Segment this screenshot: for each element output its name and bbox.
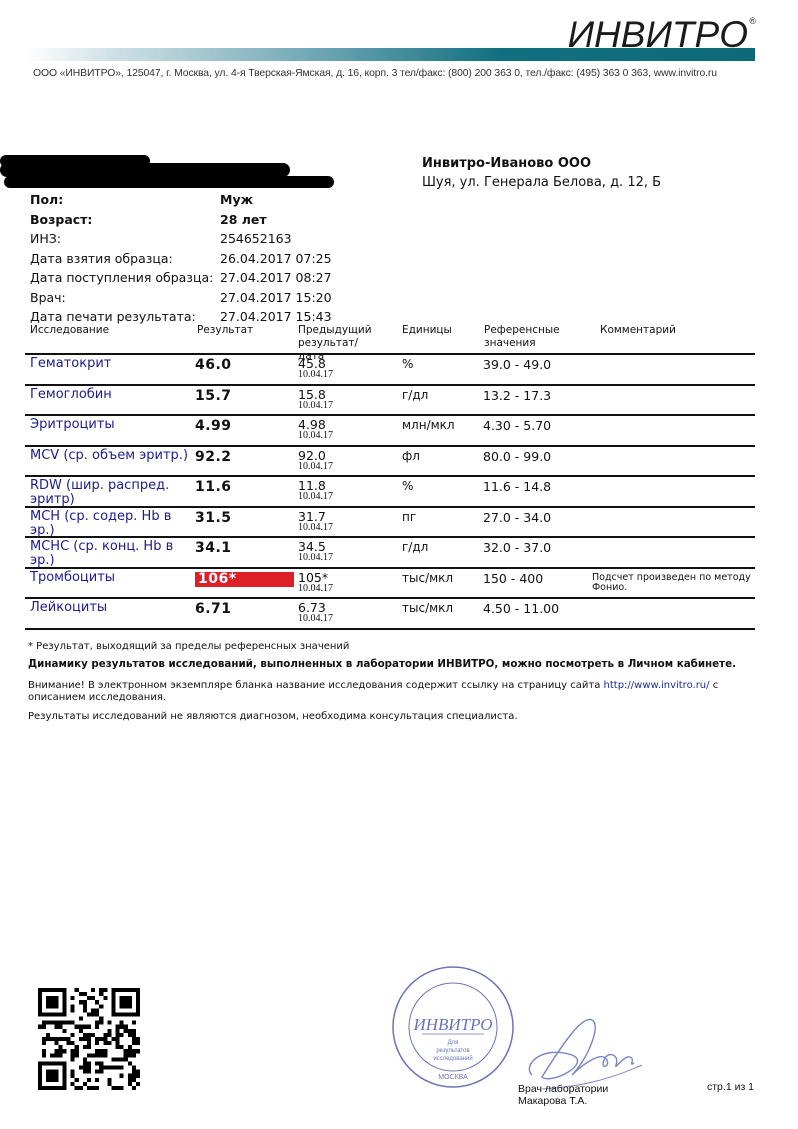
doctor-signature	[512, 1005, 652, 1095]
reference-range: 32.0 - 37.0	[483, 540, 551, 555]
previous-result: 92.010.04.17	[298, 449, 333, 472]
test-name-link[interactable]: RDW (шир. распред. эритр)	[30, 479, 190, 507]
test-result: 6.71	[195, 601, 291, 617]
table-row: MCH (ср. содер. Hb в эр.)31.531.710.04.1…	[25, 506, 755, 537]
out-of-range-note: * Результат, выходящий за пределы рефере…	[28, 641, 349, 652]
patient-field-value: 28 лет	[220, 212, 267, 227]
lab-stamp: ИНВИТРО Для результатов исследований МОС…	[390, 964, 516, 1090]
previous-date: 10.04.17	[298, 614, 333, 624]
previous-date: 10.04.17	[298, 523, 333, 533]
results-table: Гематокрит46.045.810.04.17%39.0 - 49.0Ге…	[25, 353, 755, 630]
test-units: млн/мкл	[402, 418, 455, 432]
svg-text:МОСКВА: МОСКВА	[438, 1074, 468, 1081]
reference-range: 80.0 - 99.0	[483, 449, 551, 464]
table-row: Тромбоциты106*105*10.04.17тыс/мкл150 - 4…	[25, 567, 755, 598]
page-number: стр.1 из 1	[707, 1081, 754, 1093]
previous-date: 10.04.17	[298, 584, 333, 594]
patient-field-label: Возраст:	[30, 212, 92, 227]
svg-text:результатов: результатов	[436, 1048, 469, 1054]
test-result: 92.2	[195, 449, 291, 465]
test-name-link[interactable]: MCHC (ср. конц. Hb в эр.)	[30, 540, 190, 568]
lab-address: Шуя, ул. Генерала Белова, д. 12, Б	[422, 175, 661, 190]
reference-range: 27.0 - 34.0	[483, 510, 551, 525]
qr-code	[38, 988, 140, 1090]
patient-field-value: 27.04.2017 08:27	[220, 270, 332, 285]
patient-field-value: 26.04.2017 07:25	[220, 251, 332, 266]
attention-note: Внимание! В электронном экземпляре бланк…	[28, 680, 748, 704]
svg-text:исследований: исследований	[433, 1055, 472, 1062]
previous-date: 10.04.17	[298, 462, 333, 472]
test-units: г/дл	[402, 540, 428, 554]
previous-result: 11.810.04.17	[298, 479, 333, 502]
table-row: Лейкоциты6.716.7310.04.17тыс/мкл4.50 - 1…	[25, 597, 755, 630]
test-result: 15.7	[195, 388, 291, 404]
previous-result: 105*10.04.17	[298, 571, 333, 594]
previous-value: 92.0	[298, 449, 333, 462]
col-result: Результат	[197, 324, 253, 337]
invitro-link[interactable]: http://www.invitro.ru/	[604, 680, 710, 691]
previous-result: 4.9810.04.17	[298, 418, 333, 441]
reference-range: 13.2 - 17.3	[483, 388, 551, 403]
dynamics-note: Динамику результатов исследований, выпол…	[28, 658, 736, 670]
previous-date: 10.04.17	[298, 553, 333, 563]
table-row: Гематокрит46.045.810.04.17%39.0 - 49.0	[25, 353, 755, 384]
lab-name: Инвитро-Иваново ООО	[422, 156, 591, 171]
reference-range: 39.0 - 49.0	[483, 357, 551, 372]
previous-result: 6.7310.04.17	[298, 601, 333, 624]
test-result: 34.1	[195, 540, 291, 556]
test-name-link[interactable]: MCV (ср. объем эритр.)	[30, 449, 190, 463]
test-result: 31.5	[195, 510, 291, 526]
reference-range: 4.30 - 5.70	[483, 418, 551, 433]
table-row: MCV (ср. объем эритр.)92.292.010.04.17фл…	[25, 445, 755, 476]
test-name-link[interactable]: Тромбоциты	[30, 571, 190, 585]
doctor-title: Врач лаборатории	[518, 1083, 608, 1095]
previous-value: 31.7	[298, 510, 333, 523]
patient-field-value: 254652163	[220, 231, 292, 246]
reference-range: 150 - 400	[483, 571, 543, 586]
previous-value: 105*	[298, 571, 333, 584]
col-comment: Комментарий	[600, 324, 676, 337]
patient-field-value: 27.04.2017 15:43	[220, 309, 332, 324]
previous-result: 34.510.04.17	[298, 540, 333, 563]
test-units: г/дл	[402, 388, 428, 402]
test-name-link[interactable]: Гематокрит	[30, 357, 190, 371]
previous-date: 10.04.17	[298, 431, 333, 441]
test-result: 11.6	[195, 479, 291, 495]
previous-result: 31.710.04.17	[298, 510, 333, 533]
reference-range: 11.6 - 14.8	[483, 479, 551, 494]
table-row: RDW (шир. распред. эритр)11.611.810.04.1…	[25, 475, 755, 506]
previous-result: 45.810.04.17	[298, 357, 333, 380]
redacted-patient-name	[4, 176, 334, 188]
doctor-name: Макарова Т.А.	[518, 1095, 608, 1107]
table-row: Эритроциты4.994.9810.04.17млн/мкл4.30 - …	[25, 414, 755, 445]
patient-field-label: Пол:	[30, 192, 63, 207]
svg-text:Для: Для	[448, 1040, 459, 1046]
test-name-link[interactable]: Лейкоциты	[30, 601, 190, 615]
company-contacts: ООО «ИНВИТРО», 125047, г. Москва, ул. 4-…	[33, 68, 717, 79]
disclaimer-note: Результаты исследований не являются диаг…	[28, 711, 518, 722]
stamp-logo-text: ИНВИТРО	[412, 1015, 492, 1034]
registered-mark: ®	[749, 16, 756, 26]
attention-text: Внимание! В электронном экземпляре бланк…	[28, 680, 604, 691]
test-name-link[interactable]: Эритроциты	[30, 418, 190, 432]
patient-field-value: Муж	[220, 192, 253, 207]
doctor-signature-block: Врач лаборатории Макарова Т.А.	[518, 1083, 608, 1107]
patient-field-label: Врач:	[30, 290, 66, 305]
patient-field-label: ИНЗ:	[30, 231, 61, 246]
table-row: Гемоглобин15.715.810.04.17г/дл13.2 - 17.…	[25, 384, 755, 415]
previous-date: 10.04.17	[298, 401, 333, 411]
test-comment: Подсчет произведен по методу Фонио.	[592, 573, 762, 593]
test-result: 46.0	[195, 357, 291, 373]
previous-date: 10.04.17	[298, 492, 333, 502]
results-table-header: Исследование Результат Предыдущий резуль…	[30, 324, 755, 354]
reference-range: 4.50 - 11.00	[483, 601, 559, 616]
test-name-link[interactable]: Гемоглобин	[30, 388, 190, 402]
col-reference: Референсные значения	[484, 324, 564, 350]
previous-value: 15.8	[298, 388, 333, 401]
patient-field-label: Дата поступления образца:	[30, 270, 213, 285]
col-units: Единицы	[402, 324, 452, 337]
test-result: 4.99	[195, 418, 291, 434]
test-units: %	[402, 479, 413, 493]
redacted-patient-name	[0, 163, 290, 177]
previous-result: 15.810.04.17	[298, 388, 333, 411]
test-units: фл	[402, 449, 420, 463]
test-units: %	[402, 357, 413, 371]
test-units: пг	[402, 510, 416, 524]
test-name-link[interactable]: MCH (ср. содер. Hb в эр.)	[30, 510, 190, 538]
test-units: тыс/мкл	[402, 601, 453, 615]
patient-field-label: Дата взятия образца:	[30, 251, 173, 266]
test-result: 106*	[195, 572, 294, 587]
patient-field-label: Дата печати результата:	[30, 309, 196, 324]
header-gradient-bar	[25, 48, 755, 61]
previous-date: 10.04.17	[298, 370, 333, 380]
test-units: тыс/мкл	[402, 571, 453, 585]
col-test: Исследование	[30, 324, 109, 337]
patient-field-value: 27.04.2017 15:20	[220, 290, 332, 305]
table-row: MCHC (ср. конц. Hb в эр.)34.134.510.04.1…	[25, 536, 755, 567]
